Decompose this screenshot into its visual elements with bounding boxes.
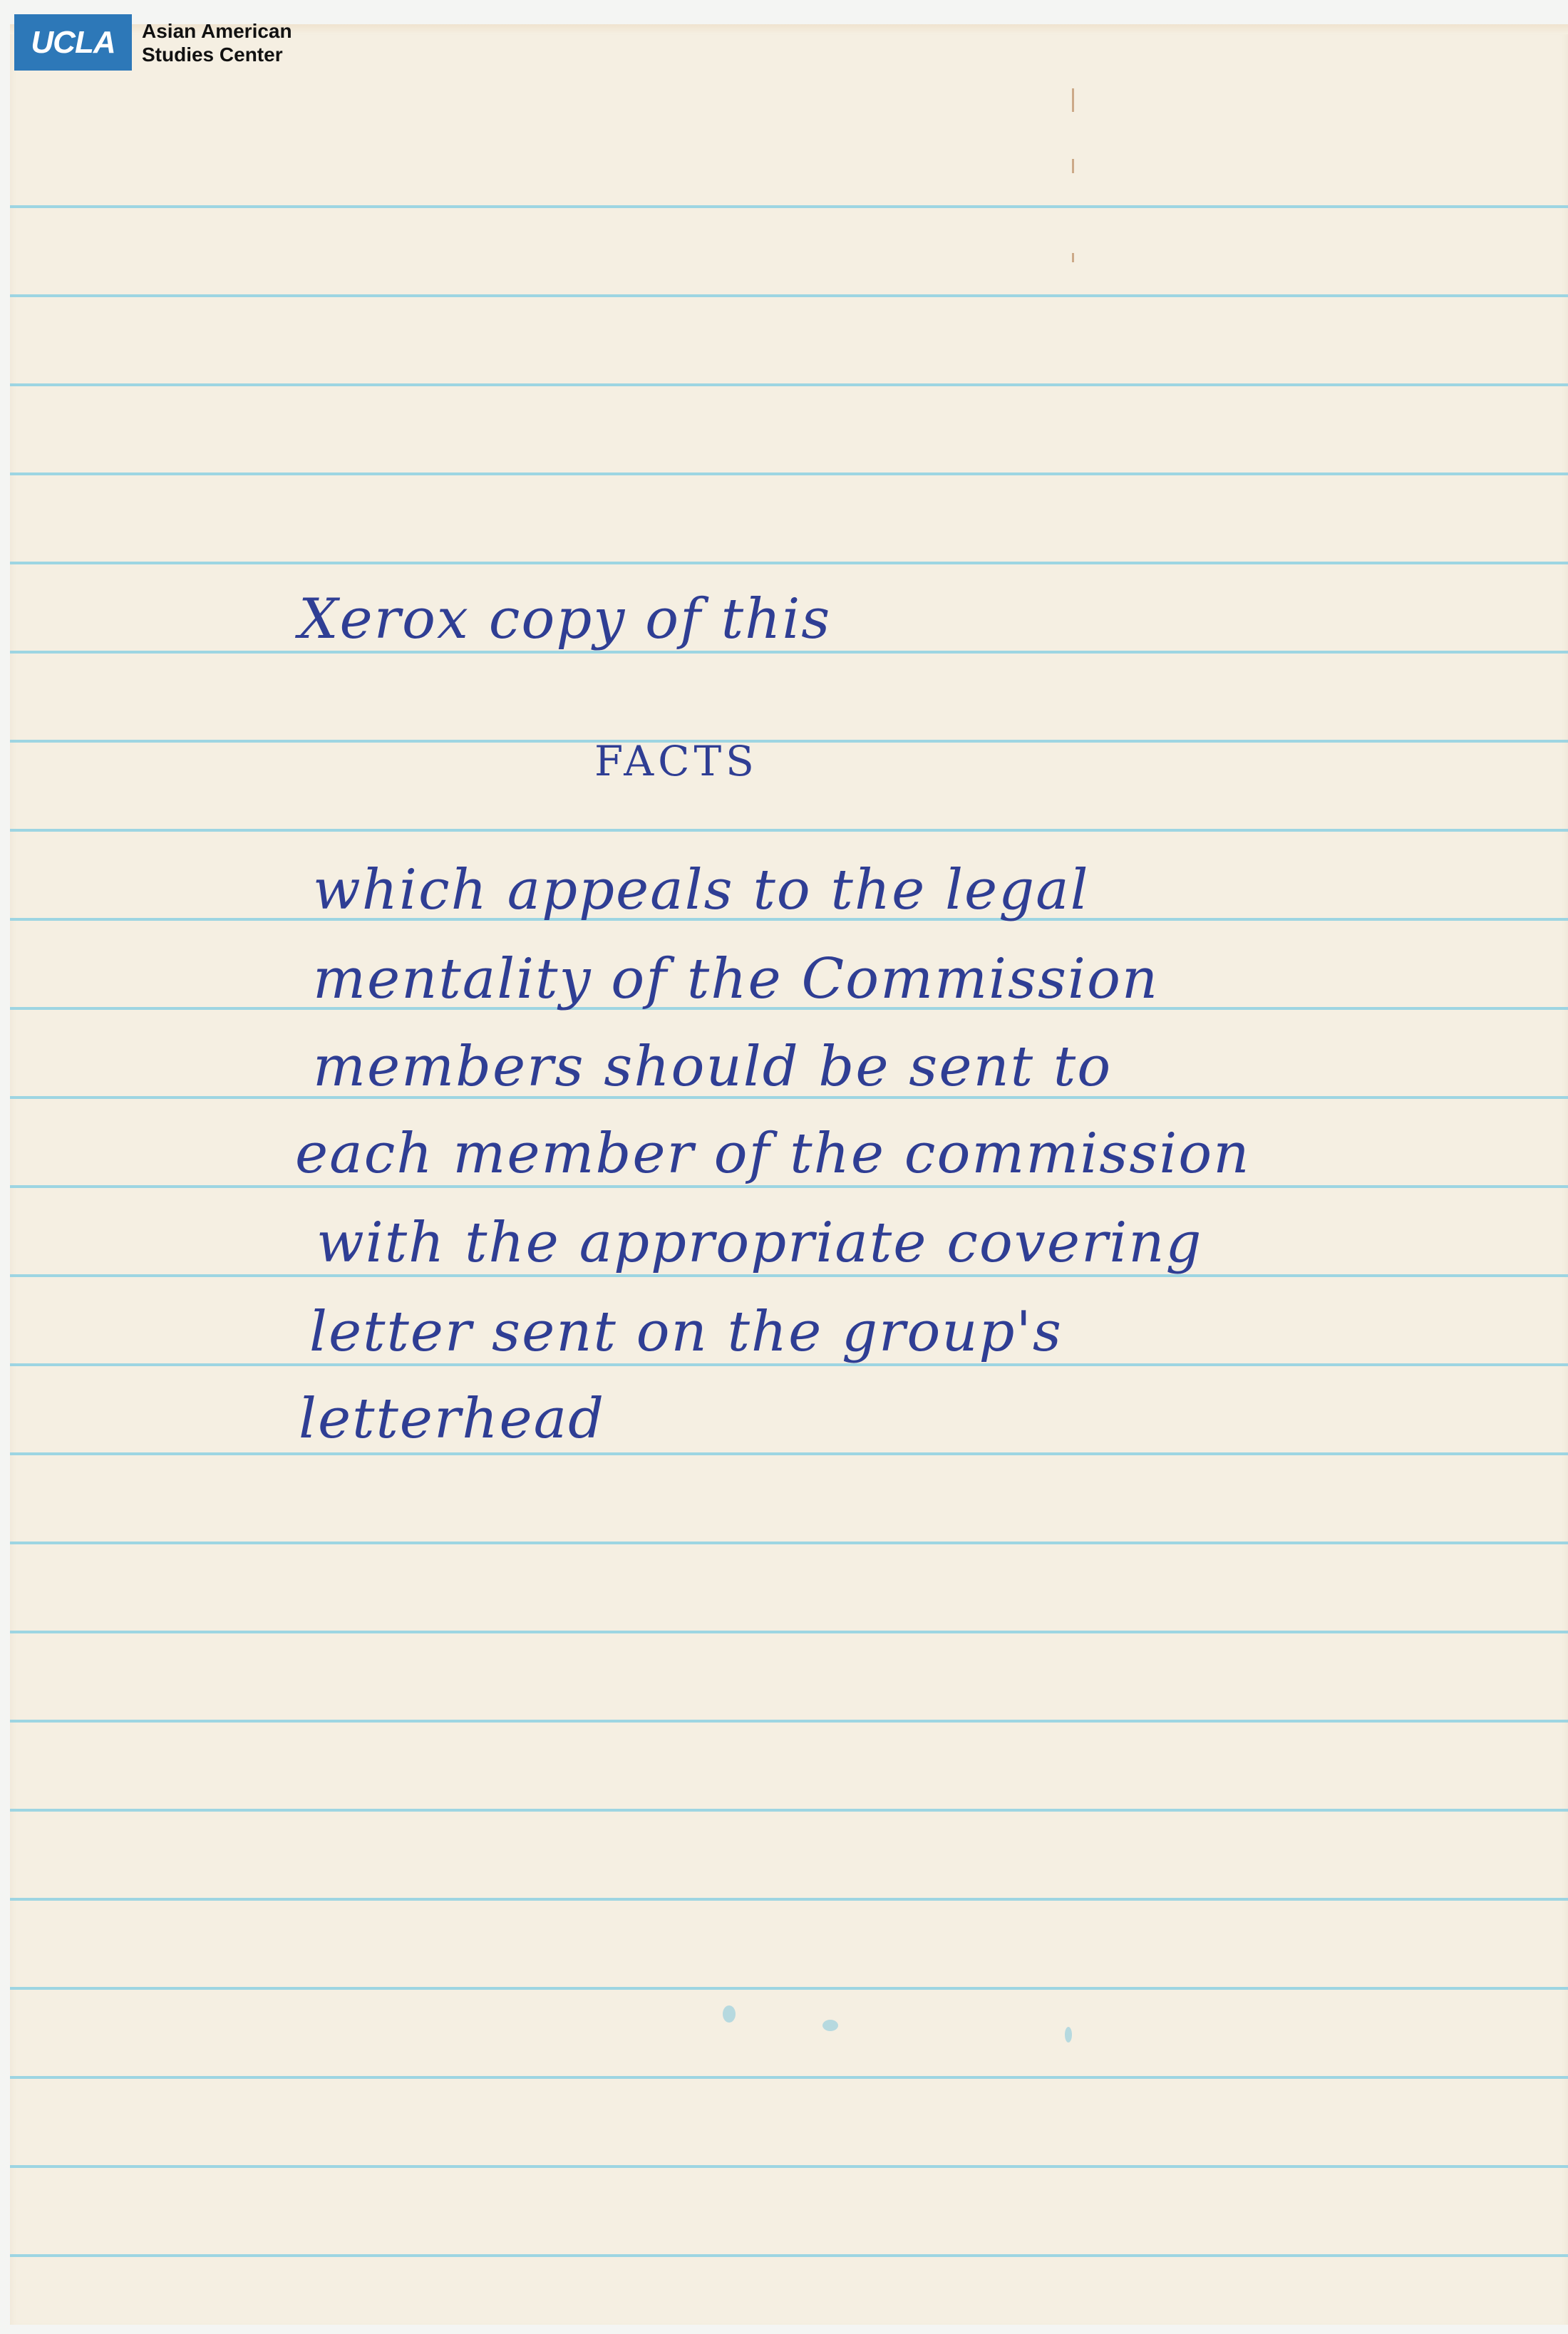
ruled-line [10, 473, 1568, 475]
lined-paper-page: Xerox copy of this FACTS which appeals t… [10, 24, 1568, 2325]
ruled-line [10, 1631, 1568, 1633]
ruled-line [10, 1809, 1568, 1812]
ucla-logo-mark: UCLA [14, 14, 132, 71]
ink-stain [723, 2005, 736, 2023]
ruled-line [10, 1542, 1568, 1544]
handwritten-line-8: letter sent on the group's [309, 1300, 1063, 1364]
center-name: Asian American Studies Center [142, 19, 292, 66]
ruled-line [10, 1720, 1568, 1723]
ruled-line [10, 562, 1568, 564]
ruled-line [10, 829, 1568, 832]
ucla-aasc-logo: UCLA Asian American Studies Center [14, 14, 292, 71]
ink-stain [822, 2020, 838, 2031]
ruled-line [10, 1452, 1568, 1455]
ruled-line [10, 205, 1568, 208]
ruled-line [10, 2254, 1568, 2257]
handwritten-line-4: mentality of the Commission [313, 947, 1159, 1011]
ruled-line [10, 2076, 1568, 2079]
ruled-line [10, 294, 1568, 297]
handwritten-line-9: letterhead [299, 1387, 605, 1451]
handwritten-line-3: which appeals to the legal [313, 858, 1090, 922]
ink-stain [1065, 2027, 1072, 2043]
center-name-line-1: Asian American [142, 19, 292, 43]
center-name-line-2: Studies Center [142, 43, 292, 66]
ruled-line [10, 740, 1568, 743]
ruled-line [10, 1987, 1568, 1990]
ruled-line [10, 2165, 1568, 2168]
ruled-line [10, 383, 1568, 386]
handwritten-line-5: members should be sent to [313, 1035, 1112, 1099]
handwritten-line-6: each member of the commission [295, 1122, 1251, 1186]
handwritten-line-7: with the appropriate covering [316, 1211, 1202, 1275]
ruled-line [10, 1898, 1568, 1901]
handwritten-heading-facts: FACTS [594, 737, 758, 785]
handwritten-line-1: Xerox copy of this [299, 587, 831, 651]
